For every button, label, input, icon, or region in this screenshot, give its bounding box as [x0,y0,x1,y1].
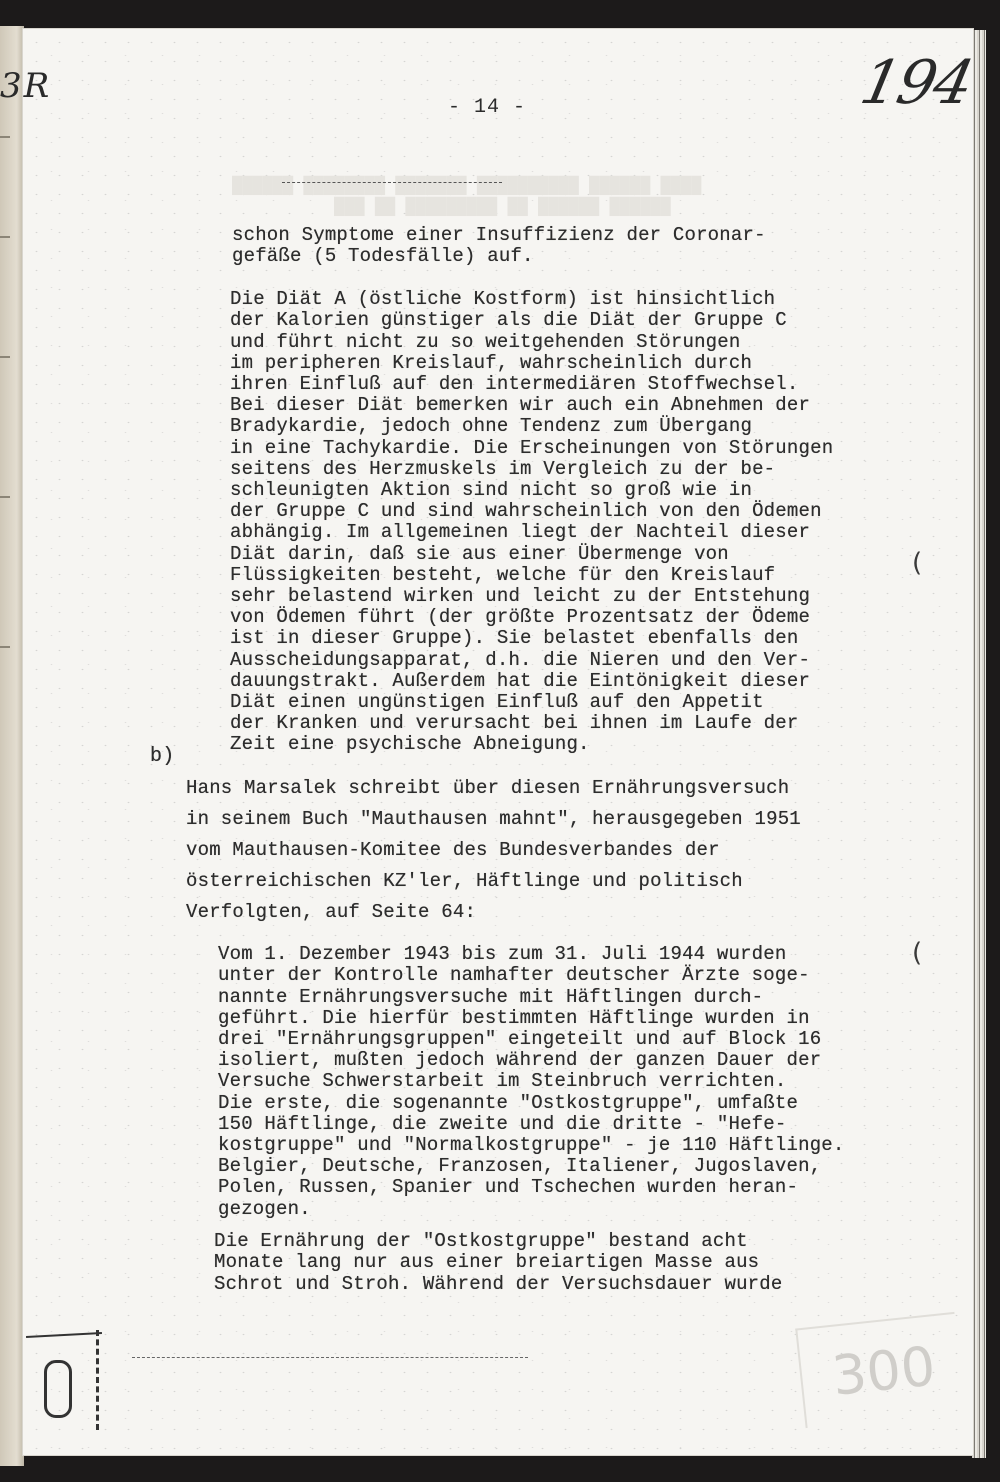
text-line: schleunigten Aktion sind nicht so groß w… [230,480,833,501]
text-line: ist in dieser Gruppe). Sie belastet eben… [230,628,833,649]
text-line: Diät einen ungünstigen Einfluß auf den A… [230,692,833,713]
text-line: von Ödemen führt (der größte Prozentsatz… [230,607,833,628]
handwritten-folio-number: 194 [855,48,978,118]
page-stack-edge [972,30,986,1458]
text-line: Flüssigkeiten besteht, welche für den Kr… [230,565,833,586]
text-line: kostgruppe" und "Normalkostgruppe" - je … [218,1135,845,1156]
text-line: Belgier, Deutsche, Franzosen, Italiener,… [218,1156,845,1177]
text-line: Polen, Russen, Spanier und Tschechen wur… [218,1177,845,1198]
footer-divider [132,1357,528,1359]
text-line: Bradykardie, jedoch ohne Tendenz zum Übe… [230,416,833,437]
text-line: isoliert, mußten jedoch während der ganz… [218,1050,845,1071]
paragraph-diet-a: Die Diät A (östliche Kostform) ist hinsi… [230,268,833,777]
text-line: nannte Ernährungsversuche mit Häftlingen… [218,987,845,1008]
text-line: Die Ernährung der "Ostkostgruppe" bestan… [214,1231,783,1252]
section-b-label: b) [150,746,174,767]
text-line: Diät darin, daß sie aus einer Übermenge … [230,544,833,565]
page-number: - 14 - [448,96,526,119]
text-line: 150 Häftlinge, die zweite und die dritte… [218,1114,845,1135]
text-line: in eine Tachykardie. Die Erscheinungen v… [230,438,833,459]
text-line: seitens des Herzmuskels im Vergleich zu … [230,459,833,480]
text-line: vom Mauthausen-Komitee des Bundesverband… [186,835,801,866]
text-line: drei "Ernährungsgruppen" eingeteilt und … [218,1029,845,1050]
text-line: österreichischen KZ'ler, Häftlinge und p… [186,866,801,897]
text-line: gefäße (5 Todesfälle) auf. [232,246,766,267]
text-line: in seinem Buch "Mauthausen mahnt", herau… [186,804,801,835]
block-quote-1: Vom 1. Dezember 1943 bis zum 31. Juli 19… [218,923,845,1241]
text-line: Ausscheidungsapparat, d.h. die Nieren un… [230,650,833,671]
text-line: dauungstrakt. Außerdem hat die Eintönigk… [230,671,833,692]
text-line: schon Symptome einer Insuffizienz der Co… [232,225,766,246]
text-line: der Kalorien günstiger als die Diät der … [230,310,833,331]
stamp-zero-icon [44,1360,72,1418]
text-line: Monate lang nur aus einer breiartigen Ma… [214,1252,783,1273]
text-line: Vom 1. Dezember 1943 bis zum 31. Juli 19… [218,944,845,965]
text-line: sehr belastend wirken und leicht zu der … [230,586,833,607]
stamp-bracket [96,1330,105,1430]
text-line: im peripheren Kreislauf, wahrscheinlich … [230,353,833,374]
margin-paren-mark: ( [912,938,922,968]
text-line: und führt nicht zu so weitgehenden Störu… [230,332,833,353]
text-line: der Gruppe C und sind wahrscheinlich von… [230,501,833,522]
text-line: abhängig. Im allgemeinen liegt der Nacht… [230,522,833,543]
text-line: geführt. Die hierfür bestimmten Häftling… [218,1008,845,1029]
text-line: Hans Marsalek schreibt über diesen Ernäh… [186,773,801,804]
text-line: Schrot und Stroh. Während der Versuchsda… [214,1274,783,1295]
header-divider [282,182,502,184]
text-line: Bei dieser Diät bemerken wir auch ein Ab… [230,395,833,416]
text-line: Versuche Schwerstarbeit im Steinbruch ve… [218,1071,845,1092]
text-line: Die erste, die sogenannte "Ostkostgruppe… [218,1093,845,1114]
handwritten-mark-left: 3R [0,66,51,106]
text-line: der Kranken und verursacht bei ihnen im … [230,713,833,734]
text-line: Die Diät A (östliche Kostform) ist hinsi… [230,289,833,310]
margin-paren-mark: ( [912,548,922,578]
binder-edge [0,26,24,1466]
block-quote-2: Die Ernährung der "Ostkostgruppe" bestan… [214,1210,783,1316]
faint-stamp-300: 300 [795,1312,965,1428]
text-line: unter der Kontrolle namhafter deutscher … [218,965,845,986]
text-line: ihren Einfluß auf den intermediären Stof… [230,374,833,395]
